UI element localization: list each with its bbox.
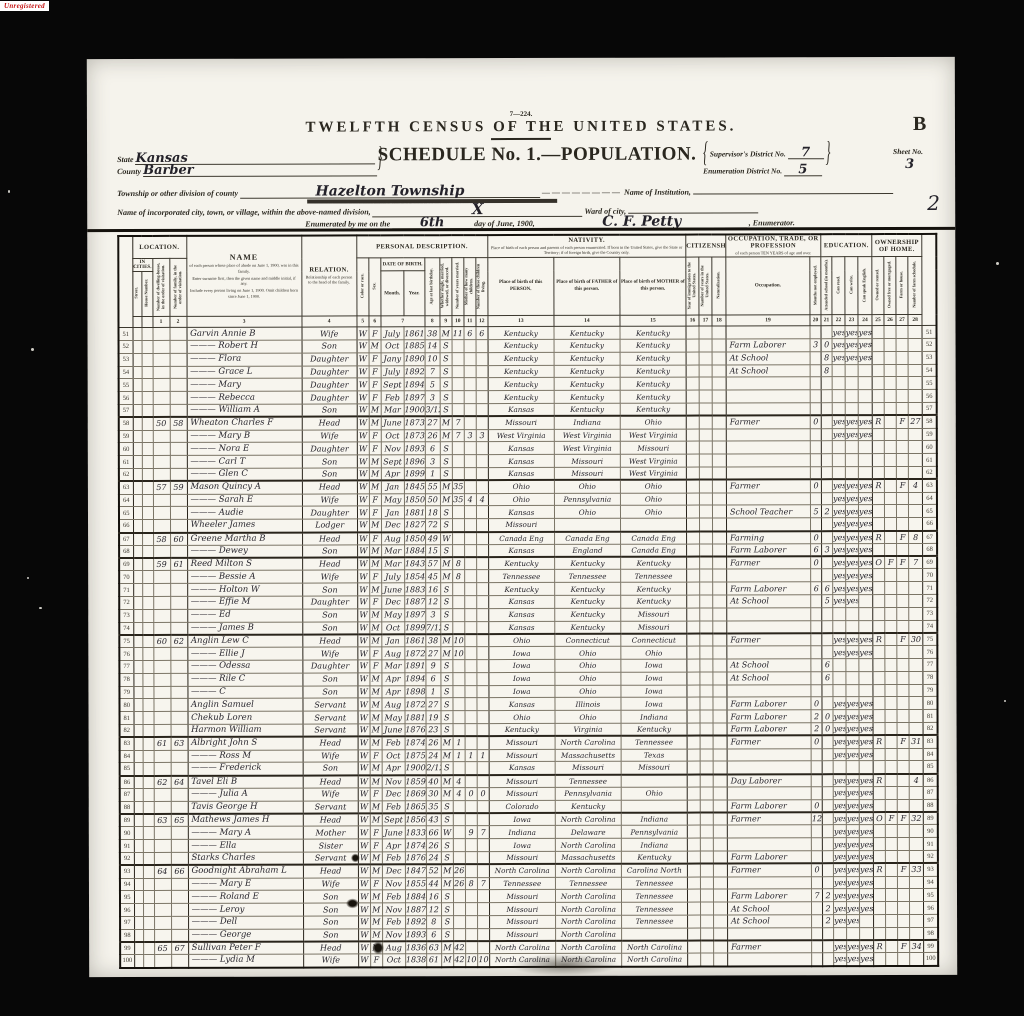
cell: July xyxy=(381,327,404,340)
cell xyxy=(872,364,884,377)
cell xyxy=(170,353,187,366)
cell xyxy=(886,889,898,902)
title-rule xyxy=(491,138,551,140)
cell: Kansas xyxy=(489,608,555,621)
cell xyxy=(898,953,910,966)
line-number: 76 xyxy=(923,646,937,659)
cell: W xyxy=(357,506,369,519)
cell xyxy=(700,877,713,890)
cell: Tennessee xyxy=(488,570,554,583)
cell: yes xyxy=(846,646,859,659)
cell xyxy=(154,801,171,814)
cell: Greene Martha B xyxy=(187,532,302,545)
cell: Son xyxy=(302,545,357,558)
cell xyxy=(464,404,476,417)
cell xyxy=(465,916,477,929)
cell xyxy=(886,902,898,915)
cell: ——— Roland E xyxy=(188,890,303,903)
cell xyxy=(699,480,712,493)
cell xyxy=(170,366,187,379)
line-number: 81 xyxy=(923,710,937,723)
cell: 27 xyxy=(426,698,441,711)
line-number: 65 xyxy=(923,505,937,518)
line-number: 64 xyxy=(923,492,937,505)
district-block: { Supervisor's District No. 7 } Enumerat… xyxy=(703,145,830,181)
cell: W xyxy=(358,941,370,954)
cell xyxy=(134,878,143,891)
cell xyxy=(909,850,923,863)
line-number: 71 xyxy=(923,582,937,595)
cell: F xyxy=(369,378,381,391)
cell: M xyxy=(369,621,381,634)
cell: Anglin Samuel xyxy=(188,698,303,711)
cell xyxy=(134,737,143,750)
cell xyxy=(822,633,833,646)
cell: 33 xyxy=(909,863,923,876)
cell xyxy=(712,493,726,506)
cell: 8 xyxy=(452,570,464,583)
cell: yes xyxy=(833,723,846,736)
cell: yes xyxy=(859,787,873,800)
cell: F xyxy=(896,479,908,492)
cell: W xyxy=(357,532,369,545)
cell: 1872 xyxy=(405,698,426,711)
line-number: 65 xyxy=(119,507,133,520)
cell xyxy=(465,660,477,673)
cell: Kansas xyxy=(489,762,555,775)
cell xyxy=(153,328,170,341)
cell: W xyxy=(358,749,370,762)
cell xyxy=(726,390,810,403)
scan-speck xyxy=(1004,700,1006,702)
cell: 0 xyxy=(477,788,489,801)
cell: R xyxy=(873,863,885,876)
cell: 6 xyxy=(426,928,441,941)
cell xyxy=(712,377,726,390)
cell xyxy=(142,520,153,533)
cell: Harmon William xyxy=(188,724,303,737)
name-desc: Include every person living on June 1, 1… xyxy=(187,287,301,300)
cell xyxy=(699,467,712,480)
cell xyxy=(133,481,142,494)
cell xyxy=(884,390,896,403)
line-number: 90 xyxy=(923,825,937,838)
cell: 65 xyxy=(154,942,171,955)
cell: Daughter xyxy=(302,506,357,519)
cell: Kentucky xyxy=(620,403,686,416)
cell: M xyxy=(369,609,381,622)
cell xyxy=(700,761,713,774)
cell xyxy=(700,633,713,646)
cell: Ohio xyxy=(555,659,621,672)
cell: 1876 xyxy=(405,724,426,737)
cell xyxy=(453,826,465,839)
cell: M xyxy=(440,570,452,583)
cell: ——— Frederick xyxy=(188,762,303,775)
cell: Oct xyxy=(381,429,404,442)
cell: Head xyxy=(303,775,358,788)
cell xyxy=(908,390,922,403)
cell xyxy=(170,673,187,686)
cell: Head xyxy=(302,417,357,430)
cell: North Carolina xyxy=(555,902,621,915)
cell: Iowa xyxy=(489,813,555,826)
cell: School Teacher xyxy=(726,505,810,518)
cell: Apr xyxy=(382,673,405,686)
cell: W xyxy=(358,647,370,660)
cell: yes xyxy=(846,787,859,800)
cell xyxy=(873,505,885,518)
cell xyxy=(687,749,700,762)
cell: yes xyxy=(834,915,847,928)
cell xyxy=(713,569,727,582)
cell xyxy=(810,377,821,390)
cell: 3/12 xyxy=(425,404,440,417)
cell xyxy=(133,532,142,545)
cell: 1874 xyxy=(405,839,426,852)
cell: Servant xyxy=(303,801,358,814)
cell: 34 xyxy=(910,940,924,953)
cell xyxy=(477,890,489,903)
cell xyxy=(727,876,811,889)
cell xyxy=(897,505,909,518)
cell xyxy=(812,902,823,915)
cell xyxy=(884,351,896,364)
cell: yes xyxy=(832,415,845,428)
cell xyxy=(153,494,170,507)
cell: Daughter xyxy=(302,596,357,609)
line-number: 80 xyxy=(119,699,133,712)
cell xyxy=(713,723,727,736)
cell: Farmer xyxy=(728,940,812,953)
cell: M xyxy=(441,775,453,788)
cell: yes xyxy=(845,479,858,492)
cell: 23 xyxy=(426,724,441,737)
cell xyxy=(898,914,910,927)
cell xyxy=(822,607,833,620)
cell xyxy=(897,748,909,761)
cell xyxy=(712,365,726,378)
cell: yes xyxy=(832,326,845,339)
cell: 1836 xyxy=(405,941,426,954)
cell xyxy=(873,825,885,838)
cell xyxy=(874,902,886,915)
cell: Tennessee xyxy=(554,570,620,583)
cell: Mar xyxy=(381,404,404,417)
cell xyxy=(153,392,170,405)
cell: Kansas xyxy=(488,403,554,416)
cell: Aug xyxy=(381,532,404,545)
cell xyxy=(909,722,923,735)
cell: Son xyxy=(303,762,358,775)
col-marital-header: Whether single, married, widowed, or div… xyxy=(440,258,452,316)
cell xyxy=(687,787,700,800)
cell: Goodnight Abraham L xyxy=(188,865,303,878)
cell: yes xyxy=(858,351,872,364)
cell xyxy=(872,467,884,480)
cell: Wheeler James xyxy=(187,519,302,532)
line-number: 62 xyxy=(922,466,936,479)
cell xyxy=(153,648,170,661)
cell xyxy=(822,531,833,544)
township-field: Township or other division of county Haz… xyxy=(117,185,893,199)
line-col-header xyxy=(118,236,132,328)
cell xyxy=(821,454,832,467)
cell xyxy=(884,326,896,339)
cell xyxy=(873,697,885,710)
cell xyxy=(700,544,713,557)
cell xyxy=(171,891,188,904)
cell: 42 xyxy=(453,941,465,954)
cell: Chekub Loren xyxy=(188,711,303,724)
cell xyxy=(845,377,858,390)
cell: Massachusetts xyxy=(555,851,621,864)
cell xyxy=(701,940,714,953)
cell xyxy=(453,916,465,929)
cell xyxy=(142,673,153,686)
cell: W xyxy=(358,634,370,647)
cell: 1896 xyxy=(404,455,425,468)
cell: M xyxy=(370,698,382,711)
cell: Farmer xyxy=(727,863,811,876)
cell: 57 xyxy=(425,557,440,570)
cell xyxy=(909,620,923,633)
cell xyxy=(873,582,885,595)
cell: Kentucky xyxy=(554,557,620,570)
cell xyxy=(452,506,464,519)
cell: Son xyxy=(302,404,357,417)
subgroup-in-cities: IN CITIES. xyxy=(132,259,152,272)
cell: M xyxy=(370,903,382,916)
line-number: 70 xyxy=(119,571,133,584)
cell xyxy=(134,916,143,929)
cell: ——— Flora xyxy=(187,353,302,366)
line-number: 75 xyxy=(923,633,937,646)
cell: yes xyxy=(859,851,873,864)
cell: yes xyxy=(860,902,874,915)
cell: ——— Rile C xyxy=(187,673,302,686)
cell xyxy=(453,672,465,685)
cell: Illinois xyxy=(555,698,621,711)
cell xyxy=(465,685,477,698)
cell: Kentucky xyxy=(620,352,686,365)
cell: At School xyxy=(727,902,811,915)
line-number: 56 xyxy=(119,392,133,405)
cell xyxy=(810,467,821,480)
cell: Kentucky xyxy=(555,582,621,595)
cell xyxy=(885,569,897,582)
cell xyxy=(700,621,713,634)
cell xyxy=(886,876,898,889)
cell xyxy=(477,711,489,724)
cell xyxy=(713,812,727,825)
cell xyxy=(822,684,833,697)
cell xyxy=(142,596,153,609)
cell: yes xyxy=(858,479,872,492)
cell: 49 xyxy=(425,532,440,545)
cell: 10 xyxy=(425,353,440,366)
cell xyxy=(170,660,187,673)
line-number: 67 xyxy=(119,533,133,546)
cell: At School xyxy=(727,595,811,608)
cell xyxy=(909,646,923,659)
cell xyxy=(713,825,727,838)
cell: 1887 xyxy=(404,596,425,609)
cell xyxy=(713,774,727,787)
cell: Kentucky xyxy=(554,403,620,416)
cell xyxy=(811,595,822,608)
cell xyxy=(687,646,700,659)
line-number: 62 xyxy=(119,469,133,482)
cell xyxy=(884,441,896,454)
cell: M xyxy=(370,673,382,686)
scan-speck xyxy=(39,607,42,609)
cell: Farm Laborer xyxy=(726,339,810,352)
cell xyxy=(476,480,488,493)
cell xyxy=(699,493,712,506)
cell xyxy=(874,876,886,889)
cell xyxy=(714,915,728,928)
cell: W xyxy=(357,340,369,353)
cell xyxy=(833,607,846,620)
cell: 61 xyxy=(426,954,441,967)
cell xyxy=(885,735,897,748)
cell: R xyxy=(874,940,886,953)
cell: F xyxy=(369,353,381,366)
cell xyxy=(699,339,712,352)
cell: 7 xyxy=(425,365,440,378)
cell: Kentucky xyxy=(488,352,554,365)
cell xyxy=(465,839,477,852)
cell: Head xyxy=(303,813,358,826)
line-number: 88 xyxy=(923,799,937,812)
cell: 64 xyxy=(154,865,171,878)
cell: Virginia xyxy=(555,723,621,736)
cell xyxy=(700,531,713,544)
cell xyxy=(621,774,687,787)
cell: M xyxy=(370,762,382,775)
cell: W xyxy=(358,916,370,929)
cell: W xyxy=(357,353,369,366)
col-family-header: Number of family, in the order of visita… xyxy=(169,259,186,317)
cell: W xyxy=(358,890,370,903)
cell: Pennsylvania xyxy=(555,787,621,800)
cell xyxy=(858,467,872,480)
cell xyxy=(134,801,143,814)
cell xyxy=(143,724,154,737)
line-number: 85 xyxy=(923,761,937,774)
cell: Aug xyxy=(382,698,405,711)
cell xyxy=(134,865,143,878)
cell: yes xyxy=(859,582,873,595)
cell: M xyxy=(441,877,453,890)
supervisor-district-value: 7 xyxy=(801,145,810,160)
cell xyxy=(153,443,170,456)
cell: Apr xyxy=(382,685,405,698)
cell xyxy=(476,352,488,365)
cell: 6 xyxy=(822,659,833,672)
line-number: 73 xyxy=(923,607,937,620)
ward-handwritten-mark: 2 xyxy=(927,191,940,215)
cell xyxy=(171,840,188,853)
cell: W xyxy=(358,788,370,801)
cell: 4 xyxy=(464,493,476,506)
cell: M xyxy=(441,788,453,801)
cell: W xyxy=(357,481,369,494)
cell: 1899 xyxy=(404,468,425,481)
line-number: 61 xyxy=(119,456,133,469)
cell: 4 xyxy=(476,493,488,506)
relation-desc: Relationship of each person to the head … xyxy=(302,273,356,286)
cell xyxy=(465,711,477,724)
cell xyxy=(142,353,153,366)
cell: 35 xyxy=(426,800,441,813)
cell: North Carolina xyxy=(555,736,621,749)
cell xyxy=(860,927,874,940)
cell: ——— Sarah E xyxy=(187,494,302,507)
cell: Ohio xyxy=(555,710,621,723)
cell: W xyxy=(358,737,370,750)
cell xyxy=(465,928,477,941)
cell xyxy=(465,852,477,865)
cell: Missouri xyxy=(489,903,555,916)
col-birthplace-header: Place of birth of this PERSON. xyxy=(488,258,554,316)
cell xyxy=(142,494,153,507)
cell xyxy=(845,441,858,454)
cell xyxy=(699,326,712,339)
cell: W xyxy=(358,775,370,788)
cell: Son xyxy=(302,468,357,481)
cell xyxy=(909,607,923,620)
cell xyxy=(833,659,846,672)
cell xyxy=(170,571,187,584)
cell: Kentucky xyxy=(621,595,687,608)
cell xyxy=(687,761,700,774)
line-number: 66 xyxy=(923,518,937,531)
cell: M xyxy=(370,775,382,788)
cell xyxy=(884,454,896,467)
cell: M xyxy=(369,455,381,468)
cell: 50 xyxy=(153,417,170,430)
cell: yes xyxy=(845,326,858,339)
cell xyxy=(465,775,477,788)
line-number: 98 xyxy=(120,929,134,942)
cell: Nov xyxy=(382,877,405,890)
cell: 0 xyxy=(810,416,821,429)
cell: yes xyxy=(859,633,873,646)
cell xyxy=(170,609,187,622)
line-number: 82 xyxy=(923,722,937,735)
cell xyxy=(897,799,909,812)
cell xyxy=(910,876,924,889)
cell xyxy=(700,710,713,723)
cell: 30 xyxy=(909,633,923,646)
cell xyxy=(134,852,143,865)
cell: Tennessee xyxy=(621,902,687,915)
cell xyxy=(728,953,812,966)
cell: M xyxy=(369,557,381,570)
cell: yes xyxy=(846,748,859,761)
cell xyxy=(885,595,897,608)
cell xyxy=(713,787,727,800)
cell xyxy=(822,863,833,876)
brace-glyph: } xyxy=(377,140,382,176)
cell xyxy=(143,801,154,814)
cell: M xyxy=(441,864,453,877)
cell: Daughter xyxy=(302,366,357,379)
cell: S xyxy=(441,800,453,813)
cell xyxy=(897,710,909,723)
